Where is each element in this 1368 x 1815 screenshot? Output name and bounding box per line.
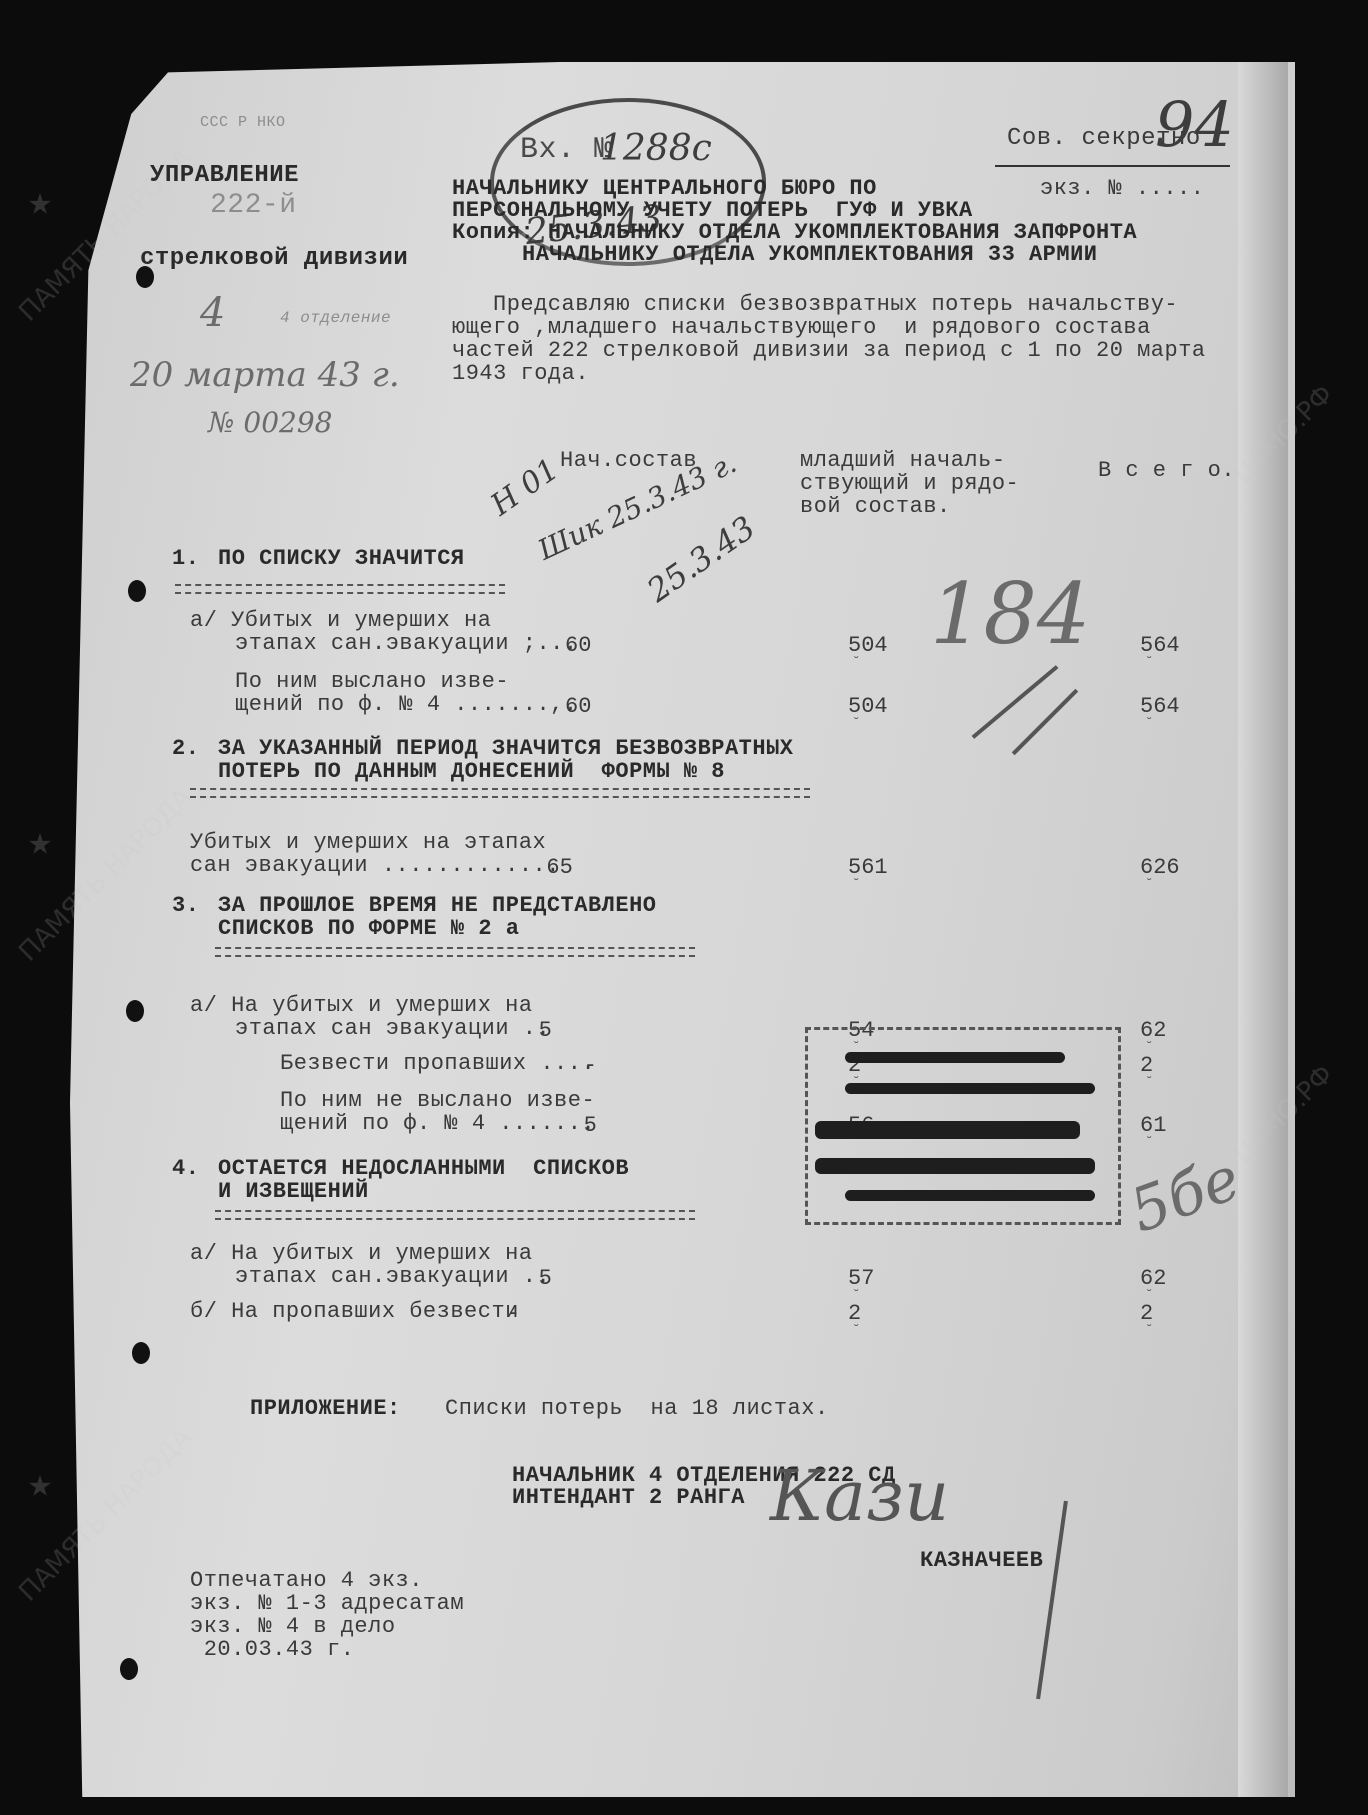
stamp-line: 4 отделение [280,308,391,329]
addressee-line: ПЕРСОНАЛЬНОМУ УЧЕТУ ПОТЕРЬ ГУФ И УВКА [452,200,973,221]
classification-underline [995,165,1230,167]
tick-mark: ˘ [852,655,860,671]
column-header-junior: младший началь- [800,450,1006,471]
page-number-handwritten: 94 [1155,88,1234,161]
distribution-line: экз. № 4 в дело [190,1616,396,1637]
stamp-handwritten-number: № 00298 [208,406,332,439]
distribution-line: экз. № 1-3 адресатам [190,1593,464,1614]
row-label: этапах сан.эвакуации ;... [235,633,578,654]
intro-line: ющего ,младшего начальствующего и рядово… [452,317,1151,338]
attachment-label: ПРИЛОЖЕНИЕ: [250,1398,401,1419]
row-label: По ним выслано изве- [235,671,509,692]
row-label: этапах сан.эвакуации .. [235,1266,550,1287]
section-number: 2. [172,738,199,759]
tick-mark: ˘ [852,877,860,893]
punch-hole [128,580,146,602]
page-edge [1238,62,1288,1797]
value-commanders: 65 [546,855,572,880]
tick-mark: ˘ [1145,655,1153,671]
value-commanders: 5 [584,1113,597,1138]
tick-mark: ˘ [852,716,860,732]
section-title: ЗА ПРОШЛОЕ ВРЕМЯ НЕ ПРЕДСТАВЛЕНО [218,895,656,916]
stamp-line: стрелковой дивизии [140,248,408,269]
punch-hole [120,1658,138,1680]
value-commanders: 60 [565,694,591,719]
value-commanders: - [507,1301,520,1326]
registration-number: 1288с [600,128,712,169]
tally-184: 184 [930,565,1090,663]
redaction-bar [845,1052,1065,1063]
attachment-text: Списки потерь на 18 листах. [445,1398,829,1419]
stamp-line: УПРАВЛЕНИЕ [150,165,299,186]
row-label: Убитых и умерших на этапах [190,832,546,853]
tick-mark: ˘ [1145,1135,1153,1151]
section-title: ЗА УКАЗАННЫЙ ПЕРИОД ЗНАЧИТСЯ БЕЗВОЗВРАТН… [218,738,794,759]
column-header-junior: ствующий и рядо- [800,473,1019,494]
redaction-bar [815,1158,1095,1174]
row-label: а/ Убитых и умерших на [190,610,491,631]
star-icon: ★ [28,818,52,867]
tick-mark: ˘ [1145,1323,1153,1339]
row-label: щений по ф. № 4 ....... [280,1113,595,1134]
tick-mark: ˘ [1145,1075,1153,1091]
value-commanders: - [584,1053,597,1078]
punch-hole [126,1000,144,1022]
section-title: СПИСКОВ ПО ФОРМЕ № 2 а [218,918,519,939]
addressee-line: НАЧАЛЬНИКУ ЦЕНТРАЛЬНОГО БЮРО ПО [452,178,877,199]
row-label: щений по ф. № 4 .......,. [235,694,578,715]
value-commanders: 60 [565,633,591,658]
stamp-handwritten-4: 4 [200,290,225,336]
section-rule [190,788,810,798]
section-rule [215,1210,695,1220]
value-commanders: 5 [539,1266,552,1291]
punch-hole [132,1342,150,1364]
section-rule [175,584,505,594]
section-title: ПОТЕРЬ ПО ДАННЫМ ДОНЕСЕНИЙ ФОРМЫ № 8 [218,761,725,782]
section-title: ПО СПИСКУ ЗНАЧИТСЯ [218,548,465,569]
row-label: Безвести пропавших .... [280,1053,595,1074]
row-label: а/ На убитых и умерших на [190,995,533,1016]
registration-label: Вх. № [520,140,613,161]
tick-mark: ˘ [852,1323,860,1339]
section-title: ОСТАЕТСЯ НЕДОСЛАННЫМИ СПИСКОВ [218,1158,629,1179]
row-label: сан эвакуации ............. [190,855,560,876]
redaction-bar [845,1190,1095,1201]
column-header-total: В с е г о. [1098,460,1235,481]
row-label: б/ На пропавших безвести [190,1301,519,1322]
addressee-line: НАЧАЛЬНИКУ ОТДЕЛА УКОМПЛЕКТОВАНИЯ 33 АРМ… [522,244,1098,265]
section-number: 4. [172,1158,199,1179]
stamp-handwritten-date: 20 марта 43 г. [130,355,400,395]
section-number: 3. [172,895,199,916]
redaction-bar [845,1083,1095,1094]
tick-mark: ˘ [1145,877,1153,893]
row-label: а/ На убитых и умерших на [190,1243,533,1264]
stamp-line: 222-й [210,195,297,216]
star-icon: ★ [28,178,52,227]
intro-line: Предсавляю списки безвозвратных потерь н… [493,294,1178,315]
row-label: этапах сан эвакуации .. [235,1018,550,1039]
section-rule [215,947,695,957]
intro-line: 1943 года. [452,363,589,384]
column-header-commanders: Нач.состав [560,450,697,471]
signature-title: ИНТЕНДАНТ 2 РАНГА [512,1487,745,1508]
signature-name: КАЗНАЧЕЕВ [920,1550,1043,1571]
intro-line: частей 222 стрелковой дивизии за период … [452,340,1206,361]
tick-mark: ˘ [1145,716,1153,732]
addressee-line: Копия: НАЧАЛЬНИКУ ОТДЕЛА УКОМПЛЕКТОВАНИЯ… [452,222,1137,243]
section-title: И ИЗВЕЩЕНИЙ [218,1181,369,1202]
stamp-line: ССС Р НКО [200,112,286,133]
row-label: По ним не выслано изве- [280,1090,595,1111]
signature-handwritten: Кази [770,1455,949,1537]
redaction-bar [815,1121,1080,1139]
section-number: 1. [172,548,199,569]
distribution-line: 20.03.43 г. [190,1639,354,1660]
star-icon: ★ [28,1460,52,1509]
value-commanders: 5 [539,1018,552,1043]
distribution-line: Отпечатано 4 экз. [190,1570,423,1591]
copy-number-label: экз. № ..... [1040,178,1204,199]
column-header-junior: вой состав. [800,496,951,517]
